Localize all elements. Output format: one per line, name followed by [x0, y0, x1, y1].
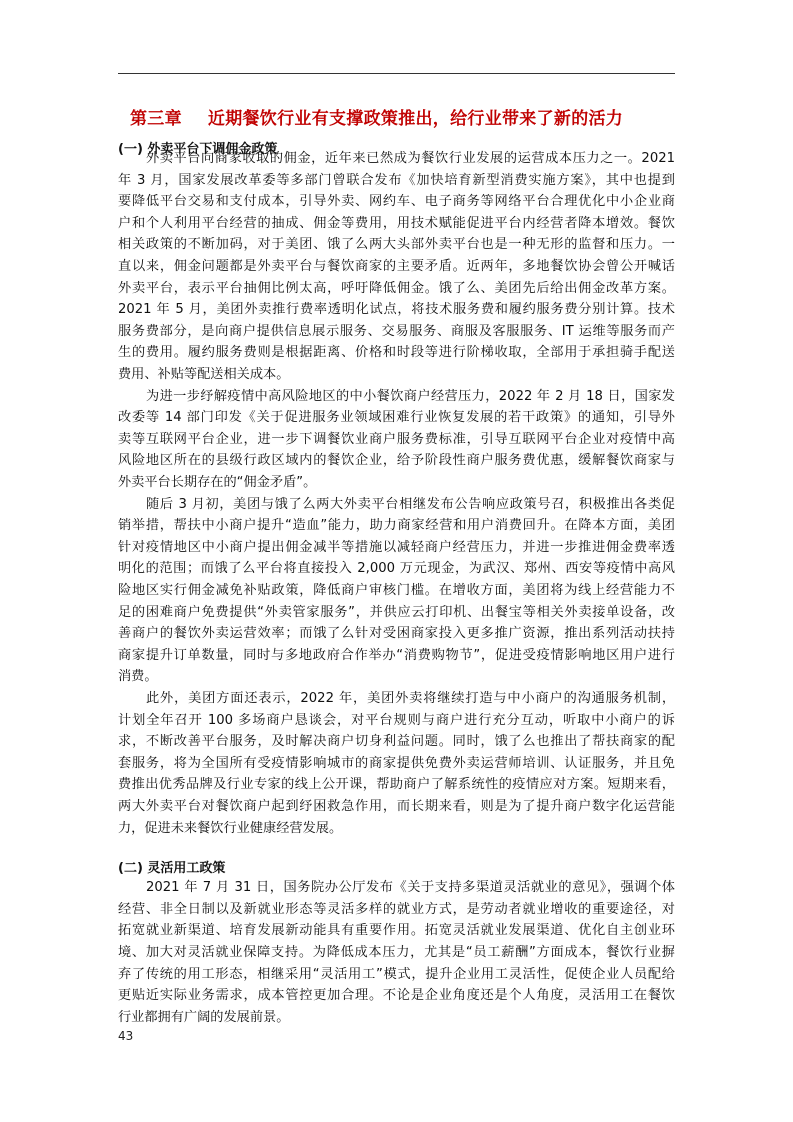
paragraph-line: 求，不断改善平台服务，及时解决商户切身利益问题。同时，饿了么也推出了帮扶商家的配 [118, 733, 675, 751]
paragraph-line: 针对疫情地区中小商户提出佣金减半等措施以减轻商户经营压力，并进一步推进佣金费率透 [118, 539, 675, 557]
paragraph-line: 消费。 [118, 668, 675, 686]
paragraph-line: 相关政策的不断加码，对于美团、饿了么两大头部外卖平台也是一种无形的监督和压力。一 [118, 236, 675, 254]
chapter-label: 第三章 [130, 109, 182, 129]
paragraph-line: 险地区实行佣金减免补贴政策，降低商户审核门槛。在增收方面，美团将为线上经营能力不 [118, 582, 675, 600]
paragraph-line: 外卖平台向商家收取的佣金，近年来已然成为餐饮行业发展的运营成本压力之一。2021 [146, 150, 675, 168]
paragraph-line: 卖等互联网平台企业，进一步下调餐饮业商户服务费标准，引导互联网平台企业对疫情中高 [118, 431, 675, 449]
page-number: 43 [118, 1029, 133, 1043]
paragraph-line: 要降低平台交易和支付成本，引导外卖、网约车、电子商务等网络平台合理优化中小企业商 [118, 193, 675, 211]
paragraph-line: 明化的范围；而饿了么平台将直接投入 2,000 万元现金，为武汉、郑州、西安等疫… [118, 560, 675, 578]
section-heading: (二) 灵活用工政策 [118, 857, 225, 876]
paragraph-line: 直以来，佣金问题都是外卖平台与餐饮商家的主要矛盾。近两年，多地餐饮协会曾公开喊话 [118, 258, 675, 276]
paragraph-line: 改委等 14 部门印发《关于促进服务业领域困难行业恢复发展的若干政策》的通知，引… [118, 409, 675, 427]
paragraph-line: 费用、补贴等配送相关成本。 [118, 366, 675, 384]
paragraph-line: 行业都拥有广阔的发展前景。 [118, 1009, 675, 1027]
paragraph-line: 销举措，帮扶中小商户提升“造血”能力，助力商家经营和用户消费回升。在降本方面，美… [118, 517, 675, 535]
paragraph-line: 服务费部分，是向商户提供信息展示服务、交易服务、商服及客服服务、IT 运维等服务… [118, 323, 675, 341]
paragraph-line: 力，促进未来餐饮行业健康经营发展。 [118, 820, 675, 838]
paragraph-line: 拓宽就业新渠道、培育发展新动能具有重要作用。拓宽灵活就业发展渠道、优化自主创业环 [118, 922, 675, 940]
paragraph-line: 2021 年 7 月 31 日，国务院办公厅发布《关于支持多渠道灵活就业的意见》… [146, 879, 675, 897]
paragraph-line: 更贴近实际业务需求，成本管控更加合理。不论是企业角度还是个人角度，灵活用工在餐饮 [118, 987, 675, 1005]
paragraph-line: 计划全年召开 100 多场商户恳谈会，对平台规则与商户进行充分互动，听取中小商户… [118, 712, 675, 730]
paragraph-line: 外卖平台长期存在的“佣金矛盾”。 [118, 474, 675, 492]
paragraph-line: 外卖平台，表示平台抽佣比例太高，呼吁降低佣金。饿了么、美团先后给出佣金改革方案。 [118, 280, 675, 298]
paragraph-line: 善商户的餐饮外卖运营效率；而饿了么针对受困商家投入更多推广资源，推出系列活动扶持 [118, 625, 675, 643]
paragraph-line: 为进一步纾解疫情中高风险地区的中小餐饮商户经营压力，2022 年 2 月 18 … [146, 388, 675, 406]
paragraph-line: 年 3 月，国家发展改革委等多部门曾联合发布《加快培育新型消费实施方案》，其中也… [118, 172, 675, 190]
paragraph-line: 境、加大对灵活就业保障支持。为降低成本压力，尤其是“员工薪酬”方面成本，餐饮行业… [118, 944, 675, 962]
chapter-title: 第三章近期餐饮行业有支撑政策推出，给行业带来了新的活力 [130, 104, 690, 129]
paragraph-line: 经营、非全日制以及新就业形态等灵活多样的就业方式，是劳动者就业增收的重要途径，对 [118, 901, 675, 919]
paragraph-line: 套服务，将为全国所有受疫情影响城市的商家提供免费外卖运营师培训、认证服务，并且免 [118, 755, 675, 773]
paragraph-line: 费推出优秀品牌及行业专家的线上公开课，帮助商户了解系统性的疫情应对方案。短期来看… [118, 776, 675, 794]
paragraph-line: 商家提升订单数量，同时与多地政府合作举办“消费购物节”，促进受疫情影响地区用户进… [118, 647, 675, 665]
paragraph-line: 风险地区所在的县级行政区域内的餐饮企业，给予阶段性商户服务费优惠，缓解餐饮商家与 [118, 452, 675, 470]
paragraph-line: 随后 3 月初，美团与饿了么两大外卖平台相继发布公告响应政策号召，积极推出各类促 [146, 496, 675, 514]
paragraph-line: 两大外卖平台对餐饮商户起到纾困救急作用，而长期来看，则是为了提升商户数字化运营能 [118, 798, 675, 816]
chapter-heading-text: 近期餐饮行业有支撑政策推出，给行业带来了新的活力 [208, 109, 623, 129]
paragraph-line: 足的困难商户免费提供“外卖管家服务”，并供应云打印机、出餐宝等相关外卖接单设备，… [118, 604, 675, 622]
paragraph-line: 户和个人利用平台经营的抽成、佣金等费用，用技术赋能促进平台内经营者降本增效。餐饮 [118, 215, 675, 233]
paragraph-line: 弃了传统的用工形态，相继采用“灵活用工”模式，提升企业用工灵活性，促使企业人员配… [118, 966, 675, 984]
paragraph-line: 生的费用。履约服务费则是根据距离、价格和时段等进行阶梯收取，全部用于承担骑手配送 [118, 344, 675, 362]
header-rule [118, 73, 675, 74]
paragraph-line: 2021 年 5 月，美团外卖推行费率透明化试点，将技术服务费和履约服务费分别计… [118, 301, 675, 319]
paragraph-line: 此外，美团方面还表示，2022 年，美团外卖将继续打造与中小商户的沟通服务机制， [146, 690, 675, 708]
